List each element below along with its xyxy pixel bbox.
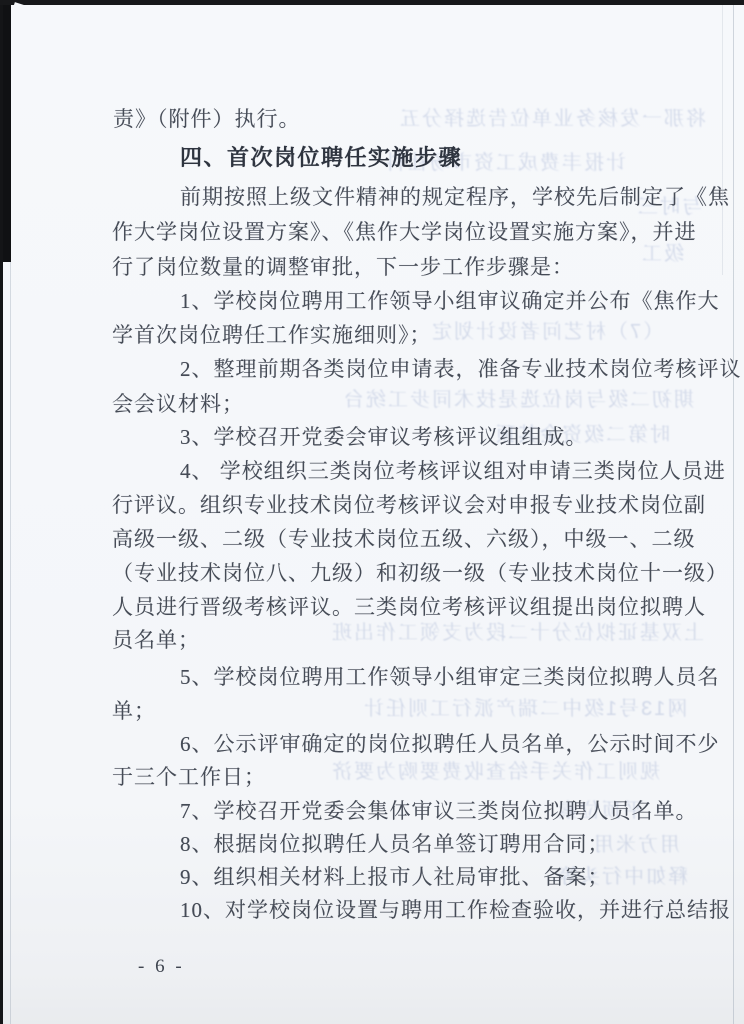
bleed-through-text: 期初二级与岗位选是技术同步工统台 (342, 383, 694, 412)
text-line: 高级一级、二级（专业技术岗位五级、六级），中级一、二级 (112, 523, 696, 553)
text-line: 会会议材料； (112, 388, 244, 418)
text-line: 员名单； (112, 624, 200, 654)
text-line: 10、对学校岗位设置与聘用工作检查验收，并进行总结报 (180, 894, 731, 924)
text-line: 2、整理前期各类岗位申请表，准备专业技术岗位考核评议 (180, 353, 742, 383)
text-line: 5、学校岗位聘用工作领导小组审定三类岗位拟聘人员名 (180, 661, 720, 691)
text-line: 7、学校召开党委会集体审议三类岗位拟聘人员名单。 (180, 795, 698, 825)
page-number: - 6 - (138, 956, 185, 978)
paper-crease-line (10, 262, 11, 1024)
text-line: 人员进行晋级考核评议。三类岗位考核评议组提出岗位拟聘人 (112, 591, 706, 621)
paper-crease-line (733, 5, 734, 1024)
text-line: 9、组织相关材料上报市人社局审批、备案； (180, 861, 610, 891)
bleed-through-text: 规则工作关手给查收费要购为要济 (330, 755, 660, 784)
bleed-through-text: 将那一发核务业单位告选择分五 (398, 102, 706, 131)
text-line: 责》（附件）执行。 (113, 103, 301, 133)
text-line: 行了岗位数量的调整审批，下一步工作步骤是： (112, 251, 574, 281)
text-line: 单； (112, 695, 156, 725)
text-line: 3、学校召开党委会审议考核评议组组成。 (180, 421, 588, 451)
text-line: 前期按照上级文件精神的规定程序，学校先后制定了《焦 (180, 181, 730, 211)
bleed-through-text: 网13号1级中二瑞产派行工则任计 (362, 692, 687, 721)
section-heading: 四、首次岗位聘任实施步骤 (180, 141, 462, 172)
text-line: 学首次岗位聘任工作实施细则》； (112, 319, 432, 349)
text-line: （专业技术岗位八、九级）和初级一级（专业技术岗位十一级） (112, 557, 728, 587)
text-line: 6、公示评审确定的岗位拟聘任人员名单，公示时间不少 (180, 728, 720, 758)
bleed-through-text: （7）村艺问者设计划定 (430, 315, 663, 344)
text-line: 4、 学校组织三类岗位考核评议组对申请三类岗位人员进 (180, 455, 726, 485)
scanned-document-page: 将那一发核务业单位告选择分五 计报丰费成工资市场社科 与时三 级工 （7）村艺问… (0, 0, 744, 1024)
paper-crease-line (722, 5, 723, 275)
text-line: 1、学校岗位聘用工作领导小组审议确定并公布《焦作大 (180, 285, 720, 315)
text-line: 作大学岗位设置方案》、《焦作大学岗位设置实施方案》，并进 (112, 216, 697, 246)
text-line: 8、根据岗位拟聘任人员名单签订聘用合同； (180, 828, 610, 858)
text-line: 行评议。组织专业技术岗位考核评议会对申报专业技术岗位副 (112, 489, 706, 519)
text-line: 于三个工作日； (112, 761, 266, 791)
scan-edge-left (0, 0, 3, 1024)
scan-edge-top (0, 0, 744, 5)
